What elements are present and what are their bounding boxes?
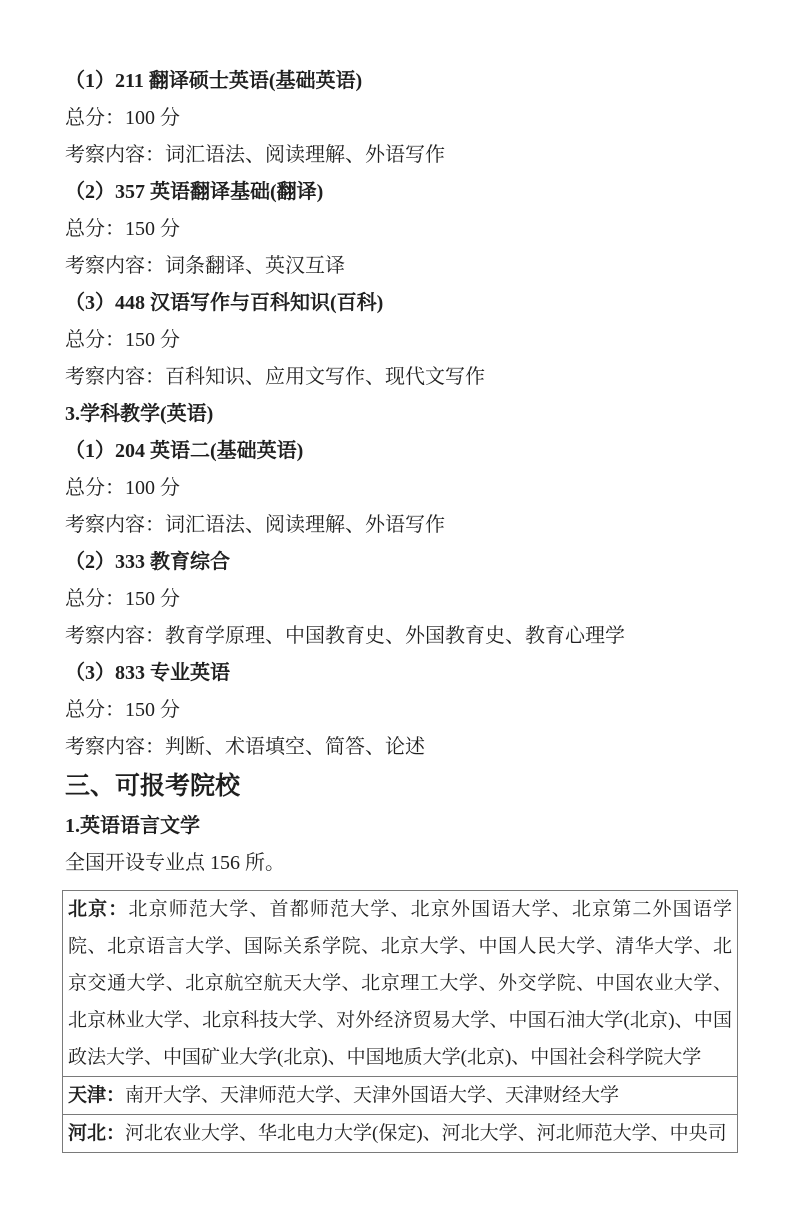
province-row: 天津：南开大学、天津师范大学、天津外国语大学、天津财经大学 xyxy=(63,1077,738,1115)
course-heading: （3）448 汉语写作与百科知识(百科) xyxy=(65,285,738,322)
body-text: 考察内容：百科知识、应用文写作、现代文写作 xyxy=(65,359,738,396)
document-body: （1）211 翻译硕士英语(基础英语)总分：100 分考察内容：词汇语法、阅读理… xyxy=(65,63,738,882)
province-cell: 天津：南开大学、天津师范大学、天津外国语大学、天津财经大学 xyxy=(63,1077,738,1115)
province-cell: 北京：北京师范大学、首都师范大学、北京外国语大学、北京第二外国语学院、北京语言大… xyxy=(63,891,738,1077)
body-text: 总分：150 分 xyxy=(65,211,738,248)
province-label: 河北： xyxy=(68,1123,125,1144)
body-text: 总分：150 分 xyxy=(65,692,738,729)
province-row: 河北：河北农业大学、华北电力大学(保定)、河北大学、河北师范大学、中央司 xyxy=(63,1115,738,1153)
province-cell: 河北：河北农业大学、华北电力大学(保定)、河北大学、河北师范大学、中央司 xyxy=(63,1115,738,1153)
course-heading: （1）211 翻译硕士英语(基础英语) xyxy=(65,63,738,100)
subsection-heading: 3.学科教学(英语) xyxy=(65,396,738,433)
province-label: 北京： xyxy=(68,899,128,920)
section-heading: 三、可报考院校 xyxy=(65,766,738,808)
province-label: 天津： xyxy=(68,1085,125,1106)
body-text: 考察内容：判断、术语填空、简答、论述 xyxy=(65,729,738,766)
body-text: 总分：150 分 xyxy=(65,322,738,359)
body-text: 考察内容：教育学原理、中国教育史、外国教育史、教育心理学 xyxy=(65,618,738,655)
course-heading: （2）357 英语翻译基础(翻译) xyxy=(65,174,738,211)
universities-list: 河北农业大学、华北电力大学(保定)、河北大学、河北师范大学、中央司 xyxy=(125,1123,727,1144)
body-text: 总分：150 分 xyxy=(65,581,738,618)
body-text: 考察内容：词汇语法、阅读理解、外语写作 xyxy=(65,507,738,544)
body-text: 总分：100 分 xyxy=(65,100,738,137)
course-heading: （2）333 教育综合 xyxy=(65,544,738,581)
course-heading: （3）833 专业英语 xyxy=(65,655,738,692)
universities-list: 南开大学、天津师范大学、天津外国语大学、天津财经大学 xyxy=(125,1085,619,1106)
province-row: 北京：北京师范大学、首都师范大学、北京外国语大学、北京第二外国语学院、北京语言大… xyxy=(63,891,738,1077)
universities-list: 北京师范大学、首都师范大学、北京外国语大学、北京第二外国语学院、北京语言大学、国… xyxy=(68,899,732,1068)
body-text: 考察内容：词汇语法、阅读理解、外语写作 xyxy=(65,137,738,174)
universities-table: 北京：北京师范大学、首都师范大学、北京外国语大学、北京第二外国语学院、北京语言大… xyxy=(62,890,738,1153)
document-page: （1）211 翻译硕士英语(基础英语)总分：100 分考察内容：词汇语法、阅读理… xyxy=(0,0,800,1205)
subsection-heading: 1.英语语言文学 xyxy=(65,808,738,845)
course-heading: （1）204 英语二(基础英语) xyxy=(65,433,738,470)
body-text: 全国开设专业点 156 所。 xyxy=(65,845,738,882)
body-text: 总分：100 分 xyxy=(65,470,738,507)
body-text: 考察内容：词条翻译、英汉互译 xyxy=(65,248,738,285)
universities-table-body: 北京：北京师范大学、首都师范大学、北京外国语大学、北京第二外国语学院、北京语言大… xyxy=(63,891,738,1153)
